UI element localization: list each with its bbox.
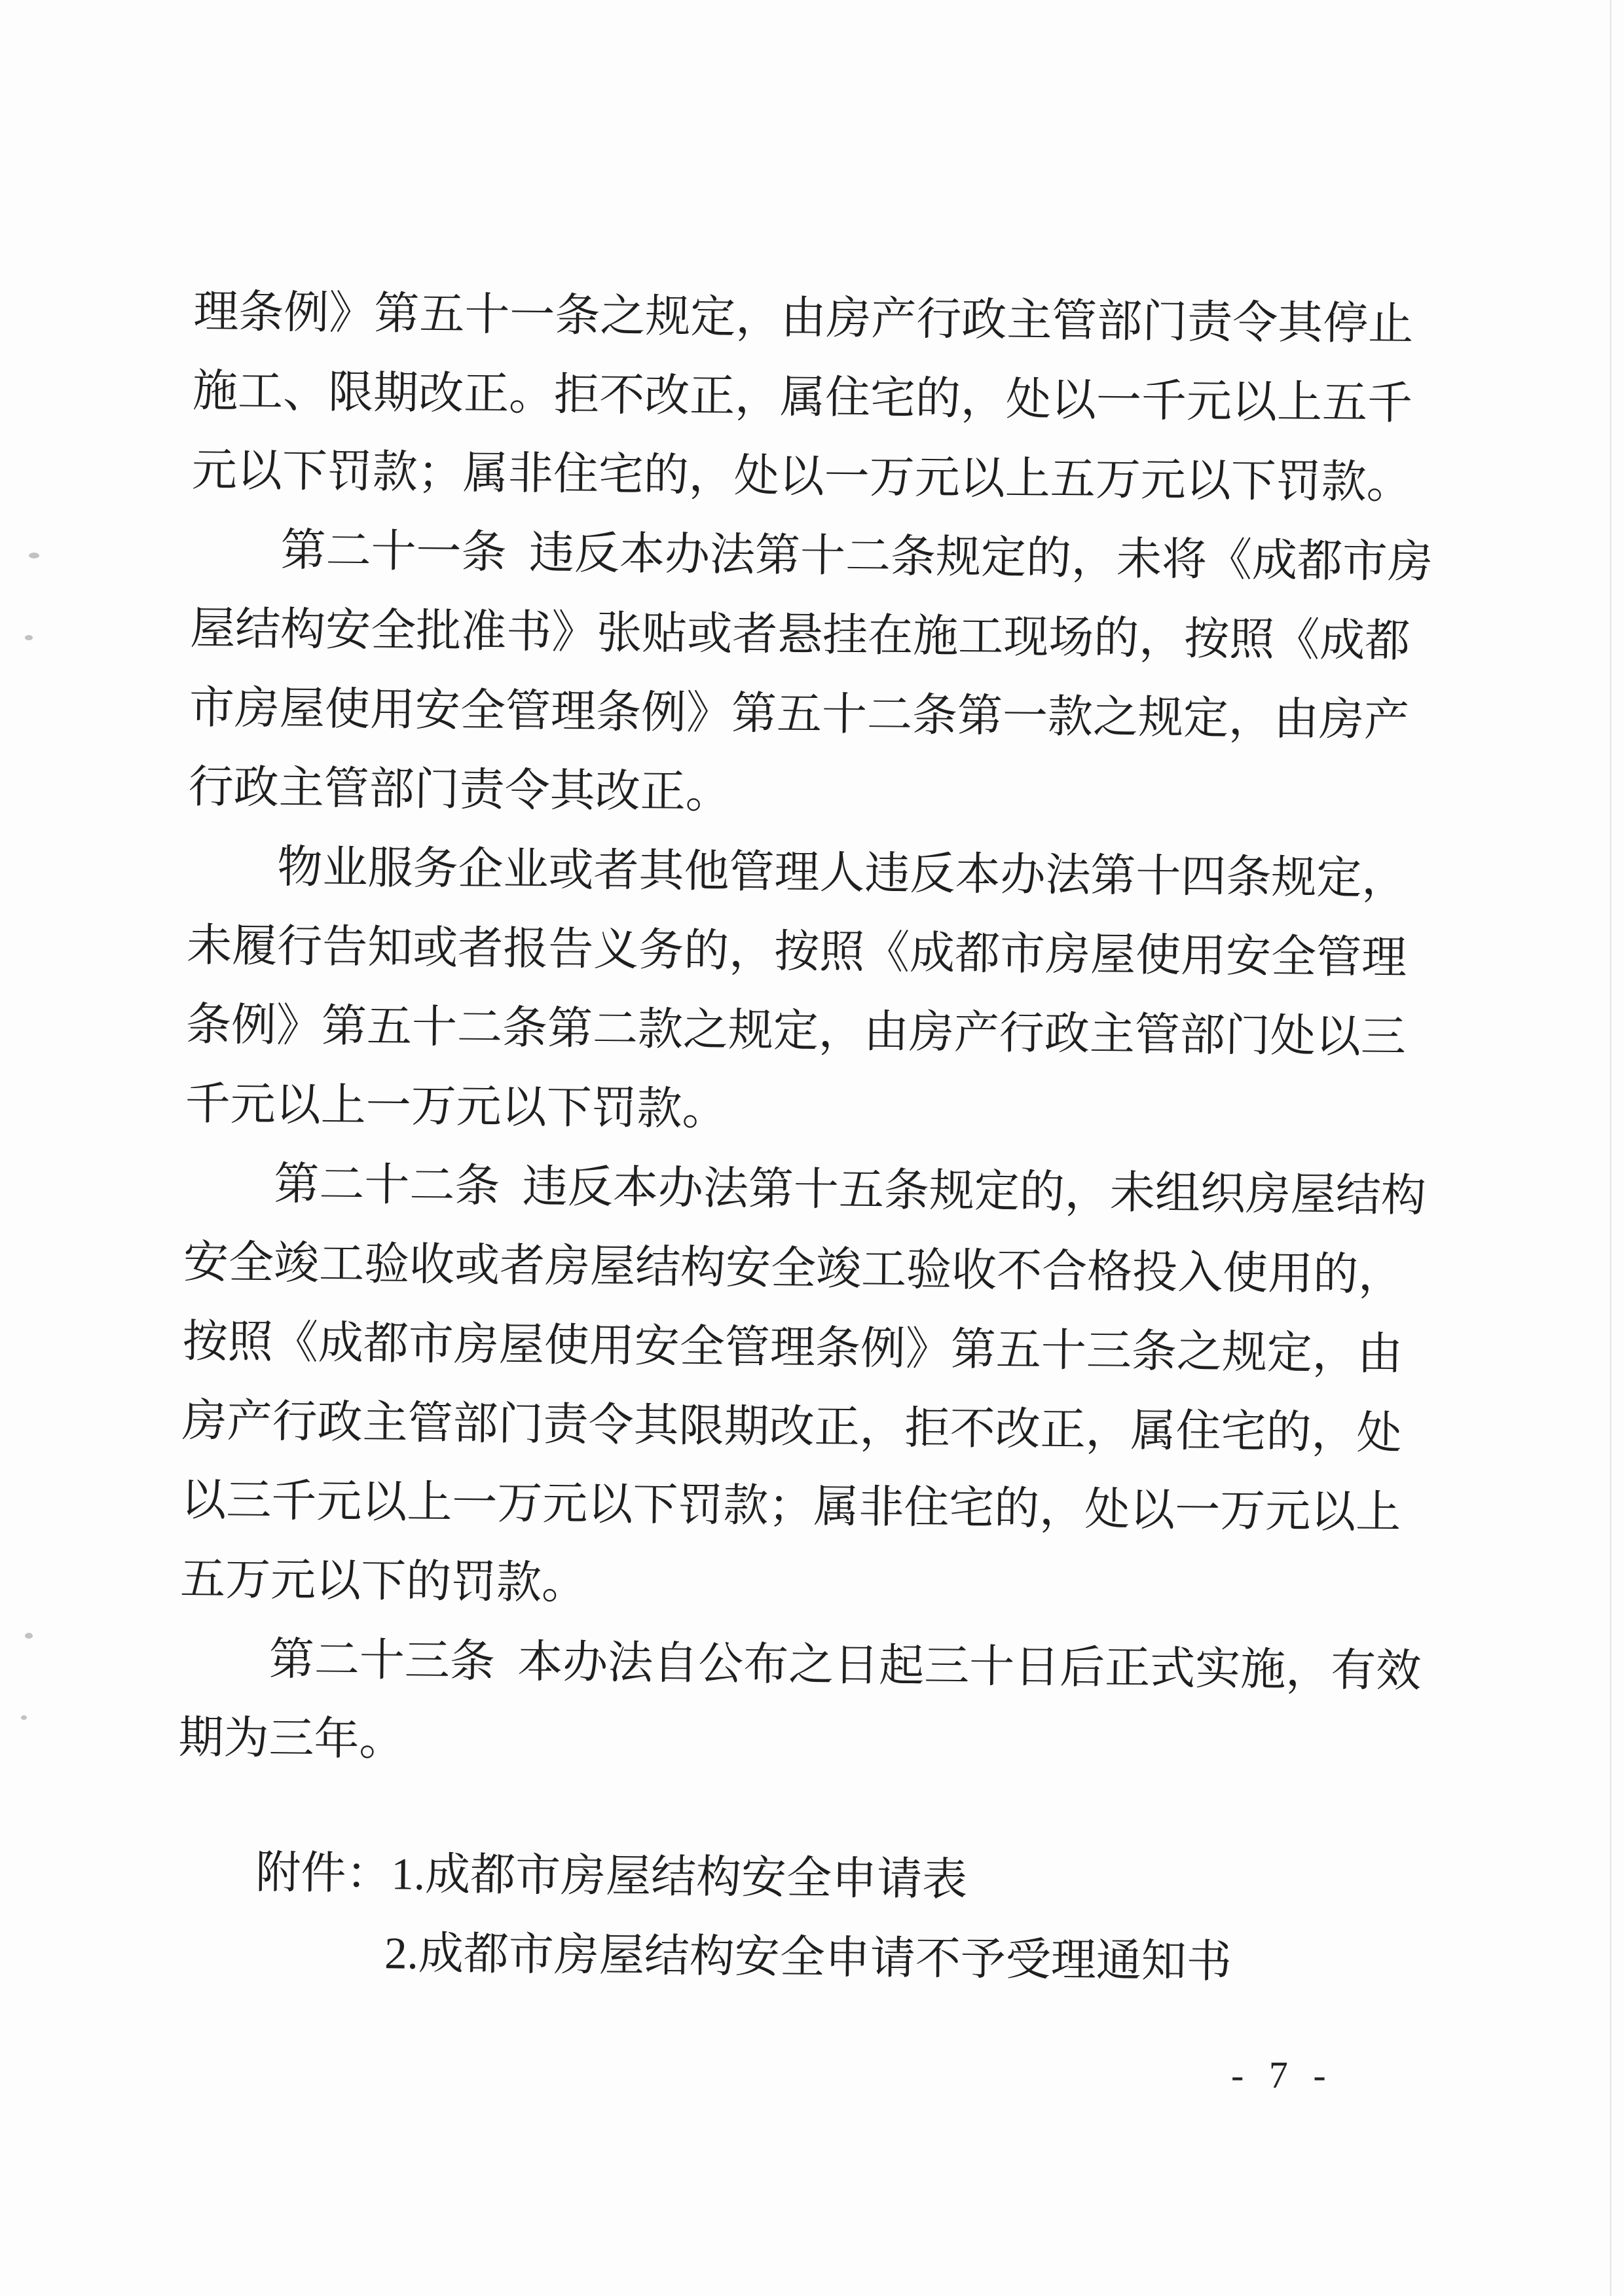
scan-edge-shadow — [1610, 0, 1612, 2296]
scan-speck — [21, 1715, 27, 1720]
body-text-line: 市房屋使用安全管理条例》第五十二条第一款之规定，由房产 — [189, 668, 1406, 760]
scanned-document-page: 理条例》第五十一条之规定，由房产行政主管部门责令其停止施工、限期改正。拒不改正，… — [0, 0, 1624, 2296]
scan-speck — [29, 553, 39, 558]
body-text-line: 元以下罚款；属非住宅的，处以一万元以上五万元以下罚款。 — [191, 431, 1409, 522]
body-text-line: 五万元以下的罚款。 — [179, 1540, 1397, 1631]
body-paragraph-lines: 理条例》第五十一条之规定，由房产行政主管部门责令其停止施工、限期改正。拒不改正，… — [178, 272, 1411, 1790]
body-text-line: 千元以上一万元以下罚款。 — [185, 1065, 1402, 1156]
body-text-line: 施工、限期改正。拒不改正，属住宅的，处以一千元以上五千 — [192, 352, 1409, 443]
body-text-line: 安全竣工验收或者房屋结构安全竣工验收不合格投入使用的， — [183, 1223, 1401, 1315]
body-text-line: 未履行告知或者报告义务的，按照《成都市房屋使用安全管理 — [187, 906, 1404, 998]
document-body: 理条例》第五十一条之规定，由房产行政主管部门责令其停止施工、限期改正。拒不改正，… — [176, 272, 1411, 2003]
body-text-line: 第二十二条 违反本办法第十五条规定的，未组织房屋结构 — [184, 1144, 1401, 1235]
scan-speck — [25, 635, 33, 640]
attachment-list: 附件：1.成都市房屋结构安全申请表 2.成都市房屋结构安全申请不予受理通知书 — [176, 1832, 1394, 2003]
body-text-line: 物业服务企业或者其他管理人违反本办法第十四条规定， — [187, 827, 1405, 919]
body-text-line: 理条例》第五十一条之规定，由房产行政主管部门责令其停止 — [193, 272, 1411, 364]
attachment-item-2: 2.成都市房屋结构安全申请不予受理通知书 — [176, 1912, 1393, 2003]
body-text-line: 第二十三条 本办法自公布之日起三十日后正式实施，有效 — [179, 1619, 1396, 1711]
scan-speck — [25, 1633, 33, 1639]
body-text-line: 屋结构安全批准书》张贴或者悬挂在施工现场的，按照《成都 — [190, 589, 1407, 681]
body-text-line: 第二十一条 违反本办法第十二条规定的，未将《成都市房 — [191, 510, 1408, 602]
body-text-line: 行政主管部门责令其改正。 — [188, 748, 1405, 839]
body-text-line: 房产行政主管部门责令其限期改正，拒不改正，属住宅的，处 — [181, 1381, 1399, 1473]
page-number: - 7 - — [1231, 2054, 1334, 2096]
body-text-line: 以三千元以上一万元以下罚款；属非住宅的，处以一万元以上 — [181, 1461, 1398, 1552]
body-text-line: 期为三年。 — [178, 1698, 1395, 1790]
attachment-item-1: 附件：1.成都市房屋结构安全申请表 — [177, 1832, 1394, 1924]
body-text-line: 按照《成都市房屋使用安全管理条例》第五十三条之规定，由 — [182, 1302, 1399, 1394]
body-text-line: 条例》第五十二条第二款之规定，由房产行政主管部门处以三 — [185, 985, 1403, 1077]
